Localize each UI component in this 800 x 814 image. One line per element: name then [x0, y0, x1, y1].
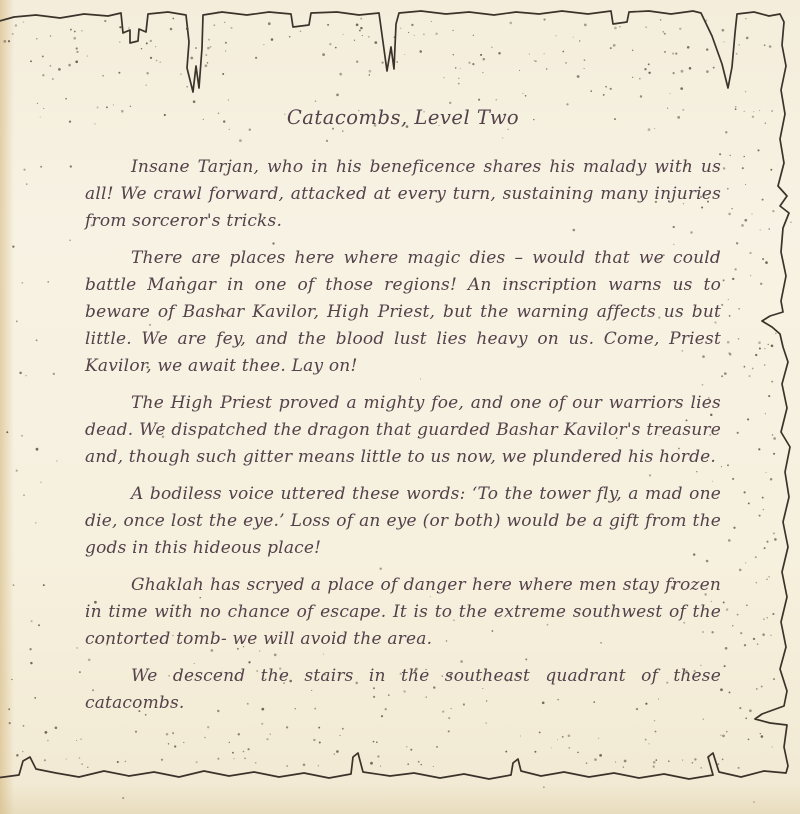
journal-paragraph-1: Insane Tarjan, who in his beneficence sh…	[85, 154, 721, 235]
journal-paragraph-2: There are places here where magic dies –…	[85, 245, 721, 380]
journal-paragraph-5: Ghaklah has scryed a place of danger her…	[85, 572, 721, 653]
parchment-page: Catacombs, Level Two Insane Tarjan, who …	[85, 104, 721, 727]
journal-paragraph-4: A bodiless voice uttered these words: ‘T…	[85, 481, 721, 562]
scan-bottom-shade	[0, 784, 800, 814]
journal-paragraph-6: We descend the stairs in the southeast q…	[85, 663, 721, 717]
page-title: Catacombs, Level Two	[85, 104, 721, 131]
journal-paragraph-3: The High Priest proved a mighty foe, and…	[85, 390, 721, 471]
scan-left-edge	[0, 0, 14, 814]
